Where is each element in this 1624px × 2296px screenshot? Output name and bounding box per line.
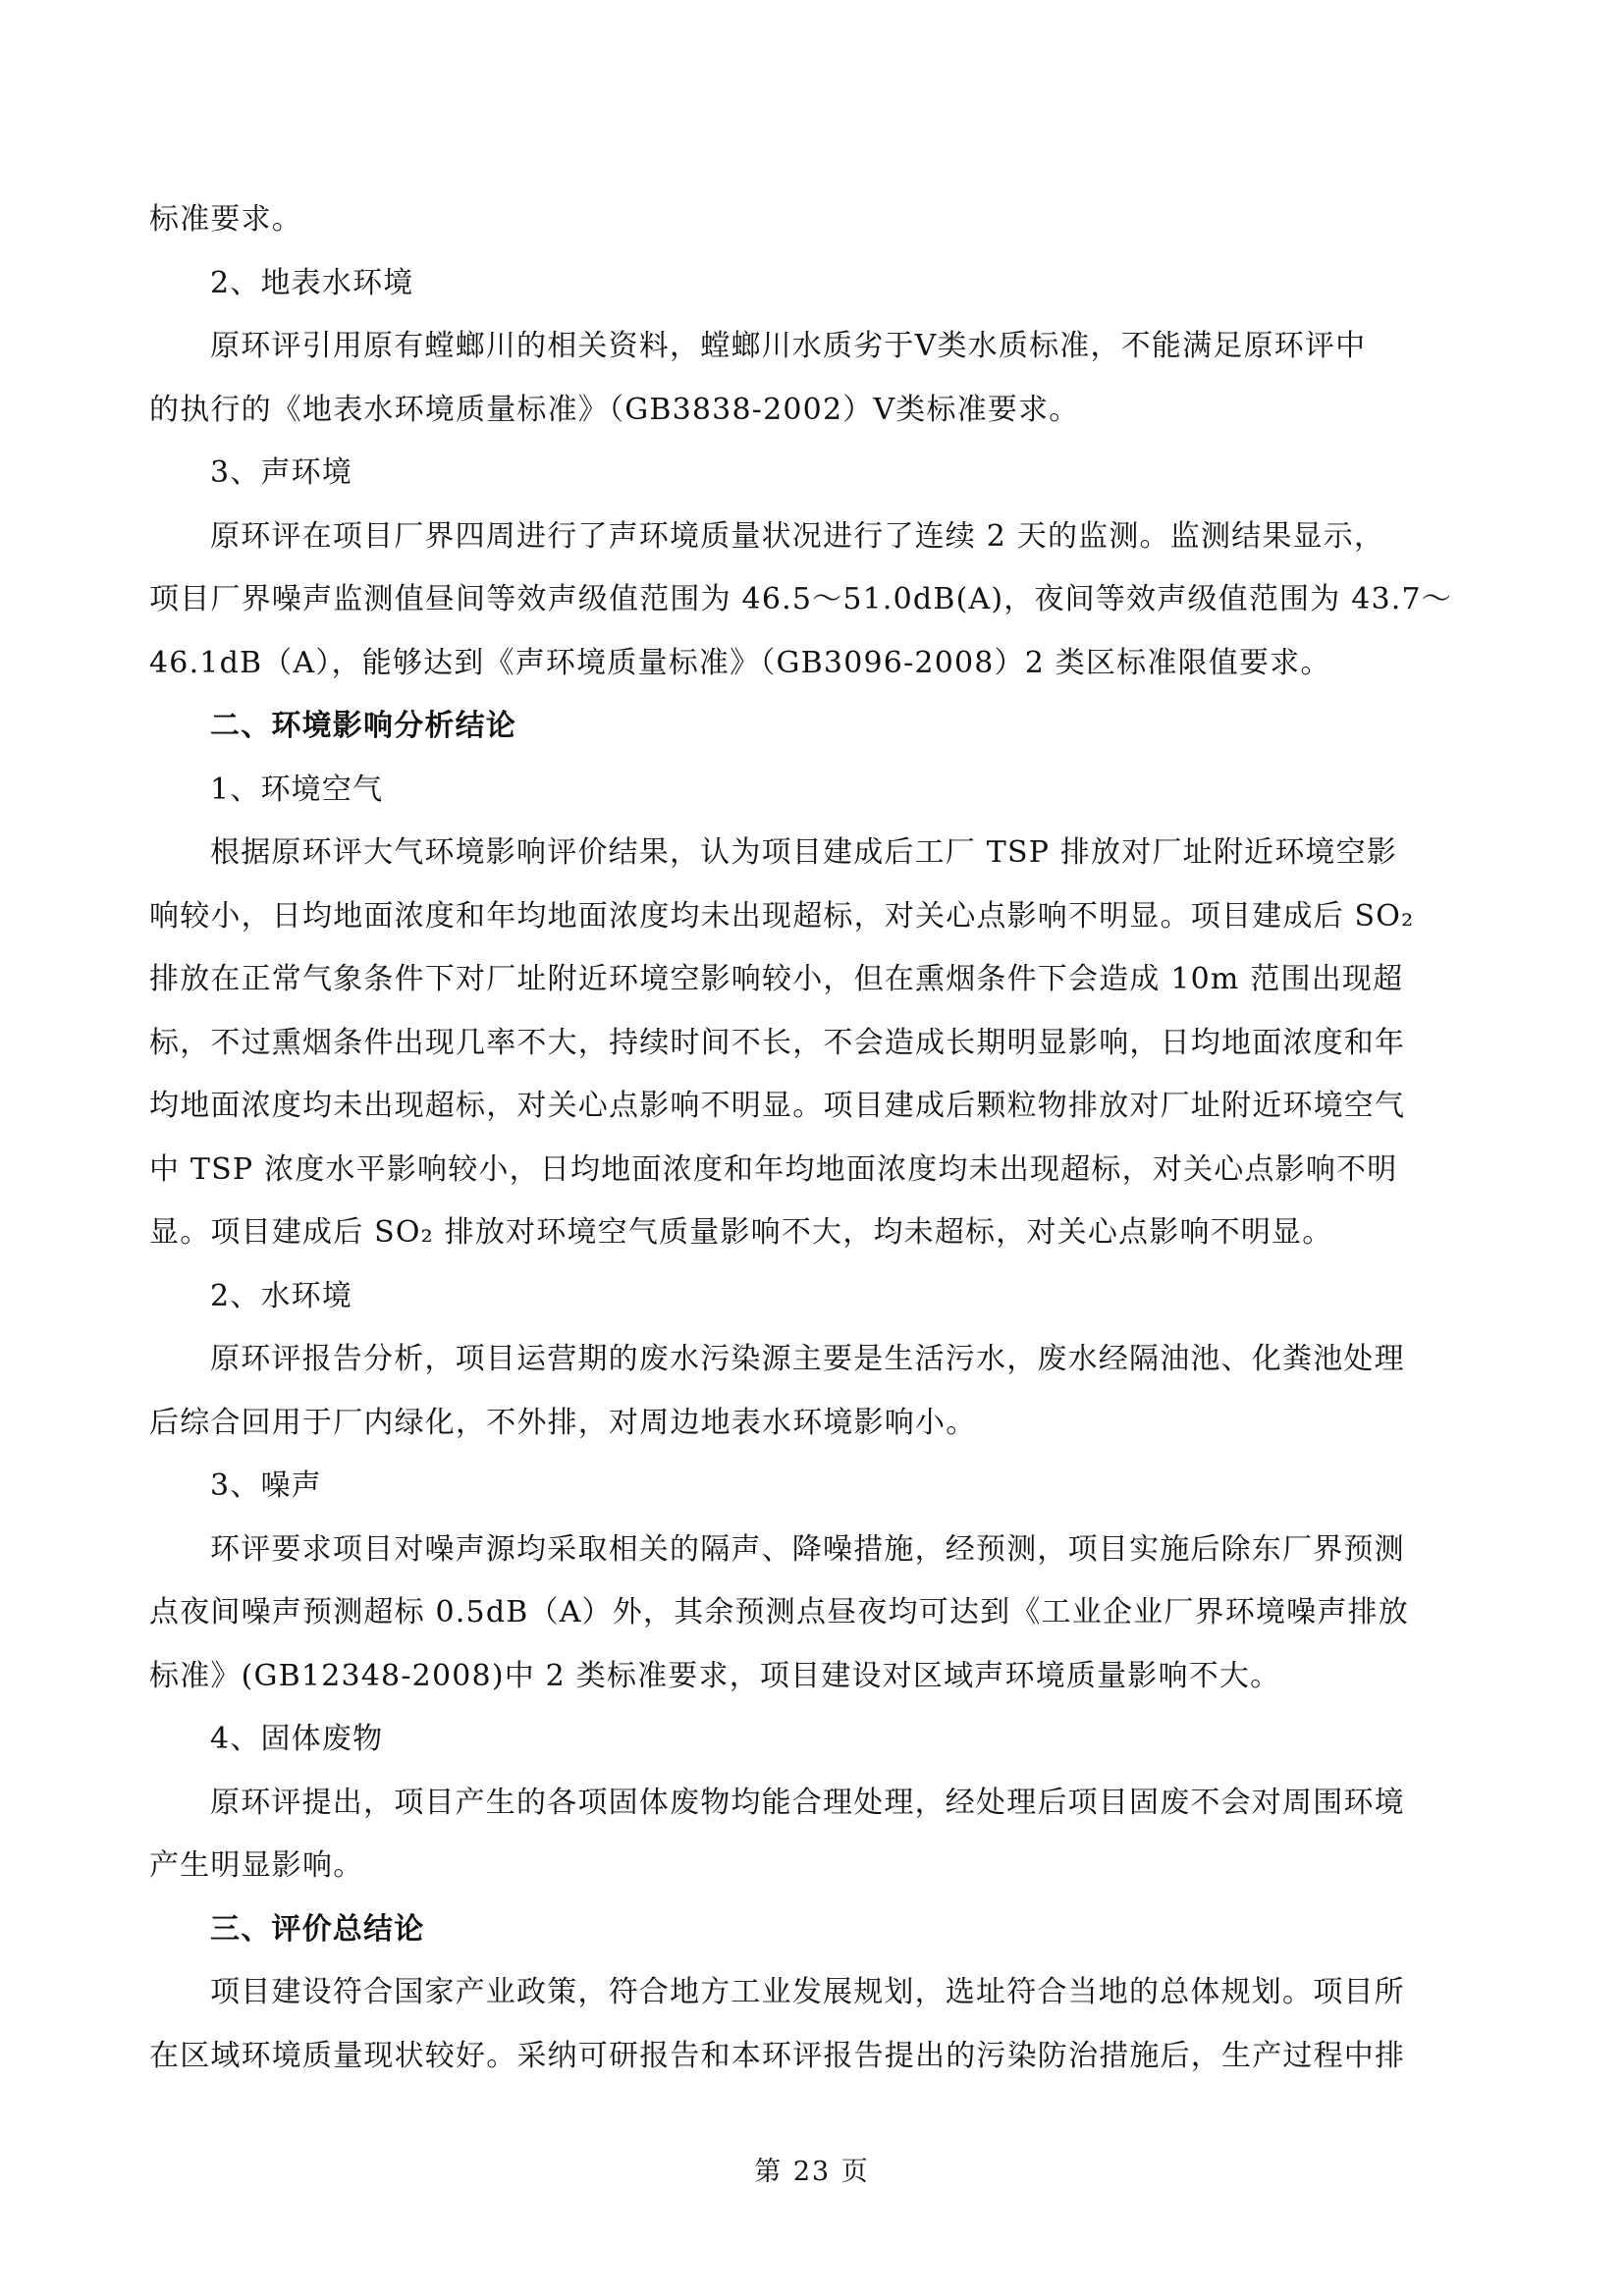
subsection-heading-acoustic: 3、声环境 <box>149 442 1487 506</box>
text-line: 后综合回用于厂内绿化，不外排，对周边地表水环境影响小。 <box>149 1392 1487 1456</box>
subsection-heading-surface-water: 2、地表水环境 <box>149 252 1487 316</box>
text-line: 在区域环境质量现状较好。采纳可研报告和本环评报告提出的污染防治措施后，生产过程中… <box>149 2025 1487 2089</box>
text-line: 标，不过熏烟条件出现几率不大，持续时间不长，不会造成长期明显影响，日均地面浓度和… <box>149 1012 1487 1076</box>
section-heading-impact-analysis: 二、环境影响分析结论 <box>149 695 1487 759</box>
text-line: 原环评报告分析，项目运营期的废水污染源主要是生活污水，废水经隔油池、化粪池处理 <box>149 1328 1487 1392</box>
text-line: 原环评引用原有螳螂川的相关资料，螳螂川水质劣于Ⅴ类水质标准，不能满足原环评中 <box>149 315 1487 379</box>
text-line: 原环评在项目厂界四周进行了声环境质量状况进行了连续 2 天的监测。监测结果显示， <box>149 506 1487 569</box>
text-line: 标准要求。 <box>149 188 1487 252</box>
subsection-heading-water: 2、水环境 <box>149 1265 1487 1329</box>
text-line: 46.1dB（A），能够达到《声环境质量标准》（GB3096-2008）2 类区… <box>149 632 1487 696</box>
text-line: 产生明显影响。 <box>149 1835 1487 1898</box>
text-line: 项目厂界噪声监测值昼间等效声级值范围为 46.5～51.0dB(A)，夜间等效声… <box>149 568 1487 632</box>
subsection-heading-noise: 3、噪声 <box>149 1455 1487 1519</box>
text-line: 项目建设符合国家产业政策，符合地方工业发展规划，选址符合当地的总体规划。项目所 <box>149 1961 1487 2025</box>
text-line: 环评要求项目对噪声源均采取相关的隔声、降噪措施，经预测，项目实施后除东厂界预测 <box>149 1519 1487 1582</box>
text-line: 排放在正常气象条件下对厂址附近环境空影响较小，但在熏烟条件下会造成 10m 范围… <box>149 948 1487 1012</box>
document-body: 标准要求。 2、地表水环境 原环评引用原有螳螂川的相关资料，螳螂川水质劣于Ⅴ类水… <box>149 188 1487 2088</box>
page-number: 第 23 页 <box>0 2150 1624 2188</box>
subsection-heading-air: 1、环境空气 <box>149 759 1487 823</box>
text-line: 标准》(GB12348-2008)中 2 类标准要求，项目建设对区域声环境质量影… <box>149 1645 1487 1709</box>
text-line: 响较小，日均地面浓度和年均地面浓度均未出现超标，对关心点影响不明显。项目建成后 … <box>149 885 1487 949</box>
text-line: 显。项目建成后 SO₂ 排放对环境空气质量影响不大，均未超标，对关心点影响不明显… <box>149 1201 1487 1265</box>
subsection-heading-solid-waste: 4、固体废物 <box>149 1708 1487 1772</box>
text-line: 根据原环评大气环境影响评价结果，认为项目建成后工厂 TSP 排放对厂址附近环境空… <box>149 822 1487 885</box>
text-line: 中 TSP 浓度水平影响较小，日均地面浓度和年均地面浓度均未出现超标，对关心点影… <box>149 1139 1487 1202</box>
text-line: 均地面浓度均未出现超标，对关心点影响不明显。项目建成后颗粒物排放对厂址附近环境空… <box>149 1075 1487 1139</box>
text-line: 的执行的《地表水环境质量标准》（GB3838-2002）Ⅴ类标准要求。 <box>149 379 1487 443</box>
text-line: 点夜间噪声预测超标 0.5dB（A）外，其余预测点昼夜均可达到《工业企业厂界环境… <box>149 1581 1487 1645</box>
text-line: 原环评提出，项目产生的各项固体废物均能合理处理，经处理后项目固废不会对周围环境 <box>149 1772 1487 1836</box>
section-heading-overall-conclusion: 三、评价总结论 <box>149 1898 1487 1962</box>
